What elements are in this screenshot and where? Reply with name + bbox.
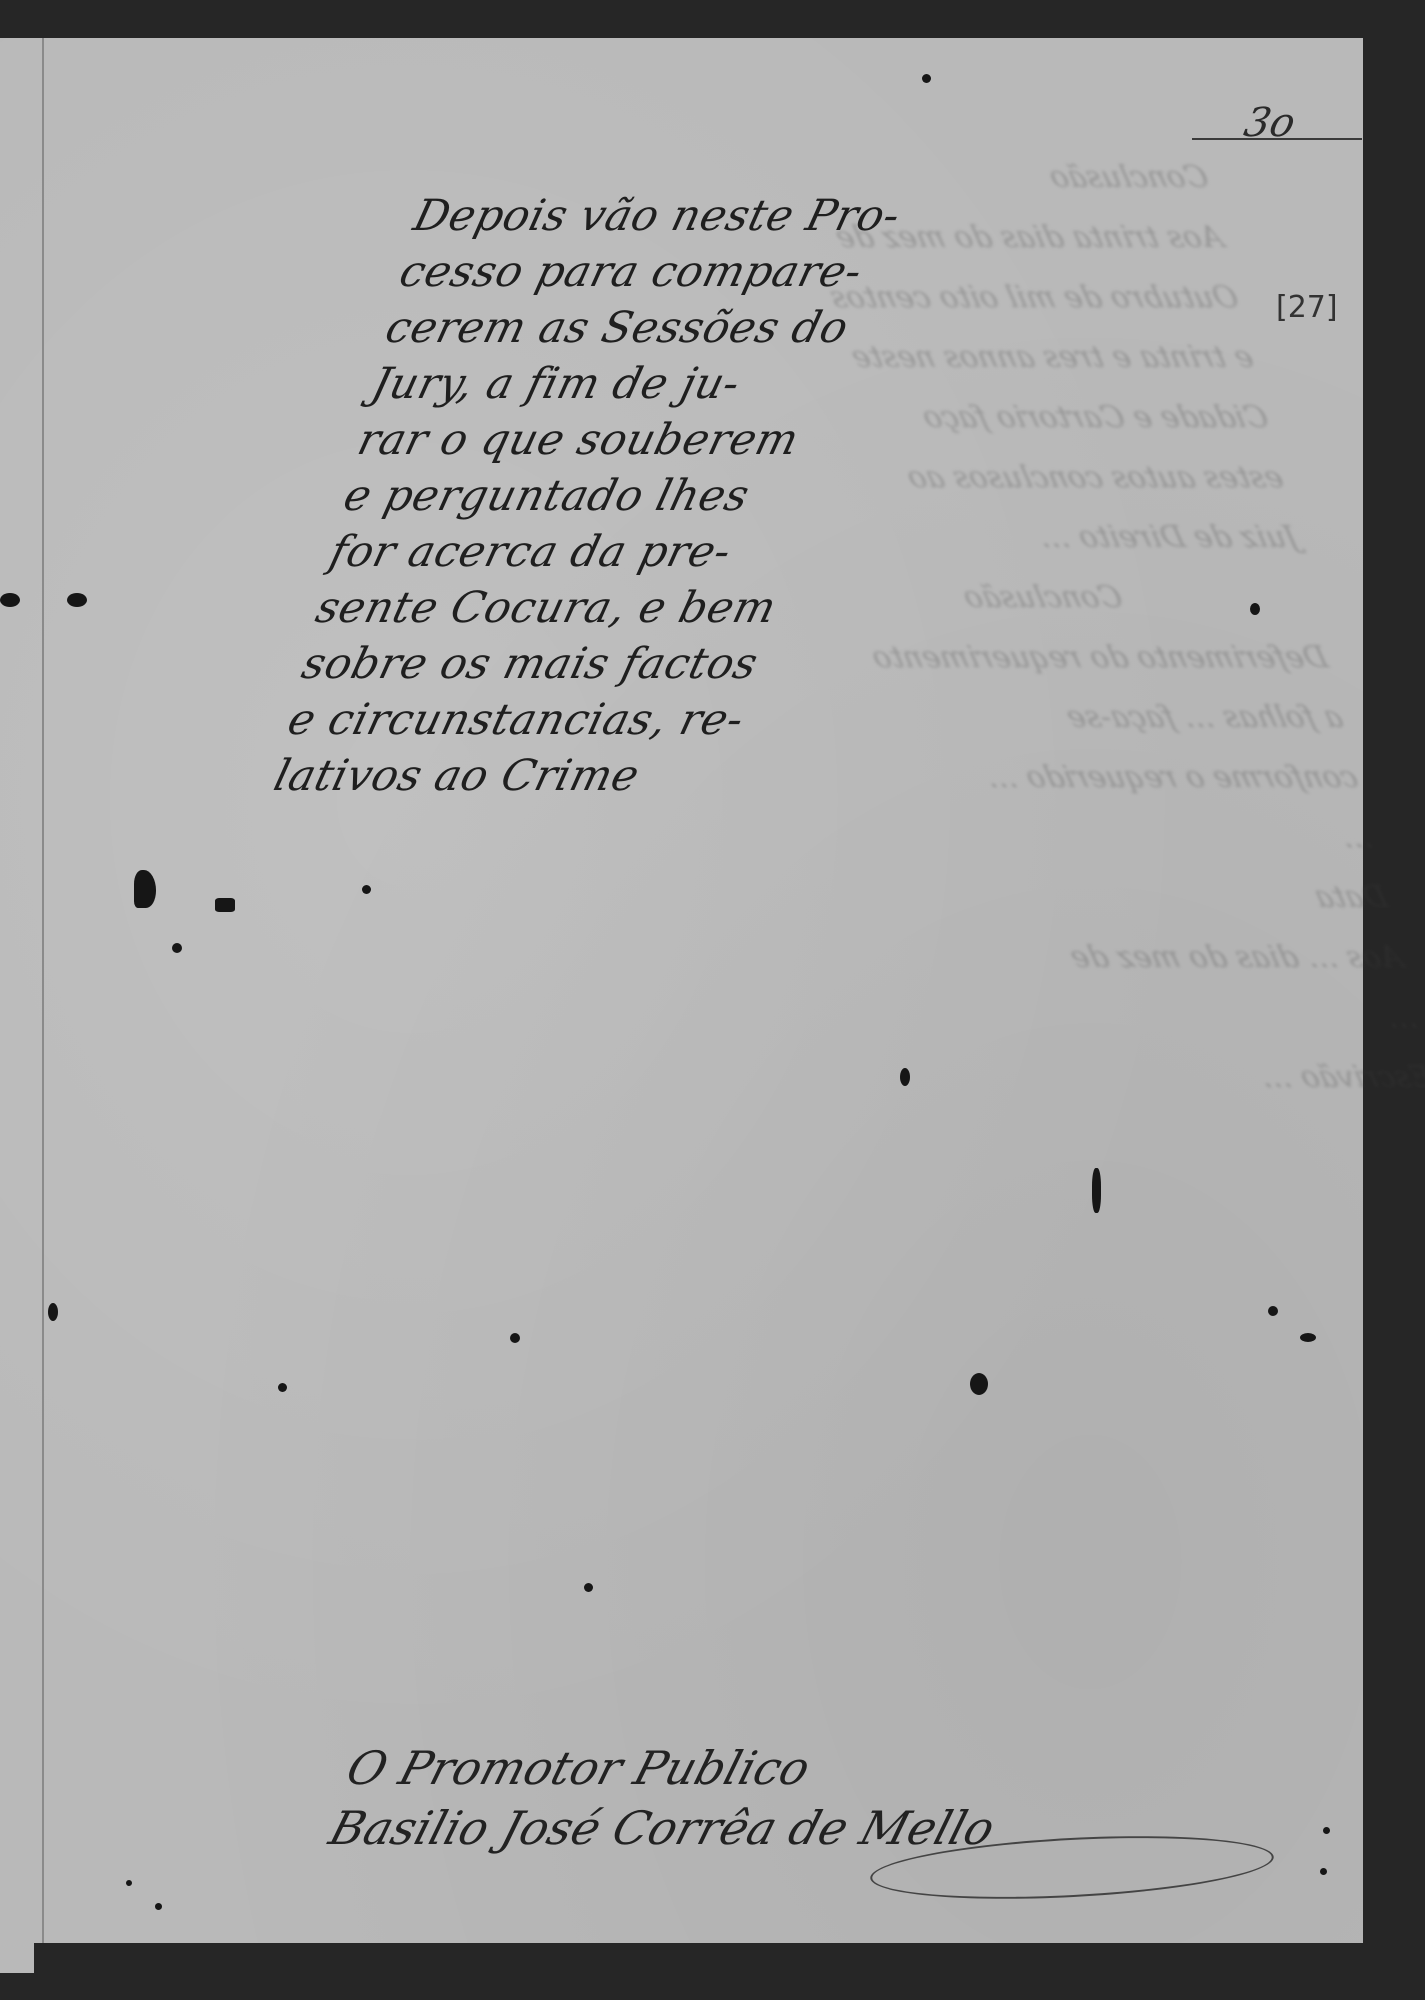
body-line: e perguntado lhes <box>338 468 1172 524</box>
ink-spot <box>1320 1868 1327 1875</box>
body-line: e circunstancias, re- <box>282 692 1116 748</box>
ink-spot <box>510 1333 520 1343</box>
manuscript-page: 3o [27] Conclusão Aos trinta dias do mez… <box>0 38 1363 1943</box>
body-line: sente Cocura, e bem <box>310 580 1144 636</box>
ink-spot <box>362 885 371 894</box>
ink-spot <box>970 1373 988 1395</box>
body-line: lativos ao Crime <box>268 748 1102 804</box>
ink-spot <box>922 74 931 83</box>
body-line: rar o que souberem <box>352 412 1186 468</box>
body-line: Jury, a fim de ju- <box>366 356 1200 412</box>
signature-name: Basilio José Corrêa de Mello <box>323 1798 1002 1858</box>
ink-spot <box>1323 1827 1330 1834</box>
body-line: cesso para compare- <box>394 244 1228 300</box>
signature-title: O Promotor Publico <box>340 1738 1019 1798</box>
ink-spot <box>172 943 182 953</box>
signature-block: O Promotor Publico Basilio José Corrêa d… <box>323 1738 1019 1858</box>
ink-spot <box>1300 1333 1316 1342</box>
ink-spot <box>215 898 235 912</box>
ink-spot <box>278 1383 287 1392</box>
ink-spot <box>584 1583 593 1592</box>
ink-spot <box>155 1903 162 1910</box>
ink-spot <box>1092 1168 1101 1213</box>
page-number: 3o <box>1240 100 1299 146</box>
ink-spot <box>67 593 87 607</box>
ink-spot <box>900 1068 910 1086</box>
body-line: sobre os mais factos <box>296 636 1130 692</box>
ink-spot <box>126 1880 132 1886</box>
document-body: Depois vão neste Pro- cesso para compare… <box>268 188 1242 804</box>
ink-spot <box>1250 603 1260 615</box>
page-corner-scrap <box>0 1943 34 1973</box>
ink-spot <box>1268 1306 1278 1316</box>
body-line: for acerca da pre- <box>324 524 1158 580</box>
margin-line <box>42 38 44 1943</box>
ink-spot <box>134 870 156 908</box>
ink-spot <box>0 593 20 607</box>
body-line: Depois vão neste Pro- <box>408 188 1242 244</box>
archive-number: [27] <box>1276 290 1338 325</box>
body-line: cerem as Sessões do <box>380 300 1214 356</box>
ink-spot <box>48 1303 58 1321</box>
